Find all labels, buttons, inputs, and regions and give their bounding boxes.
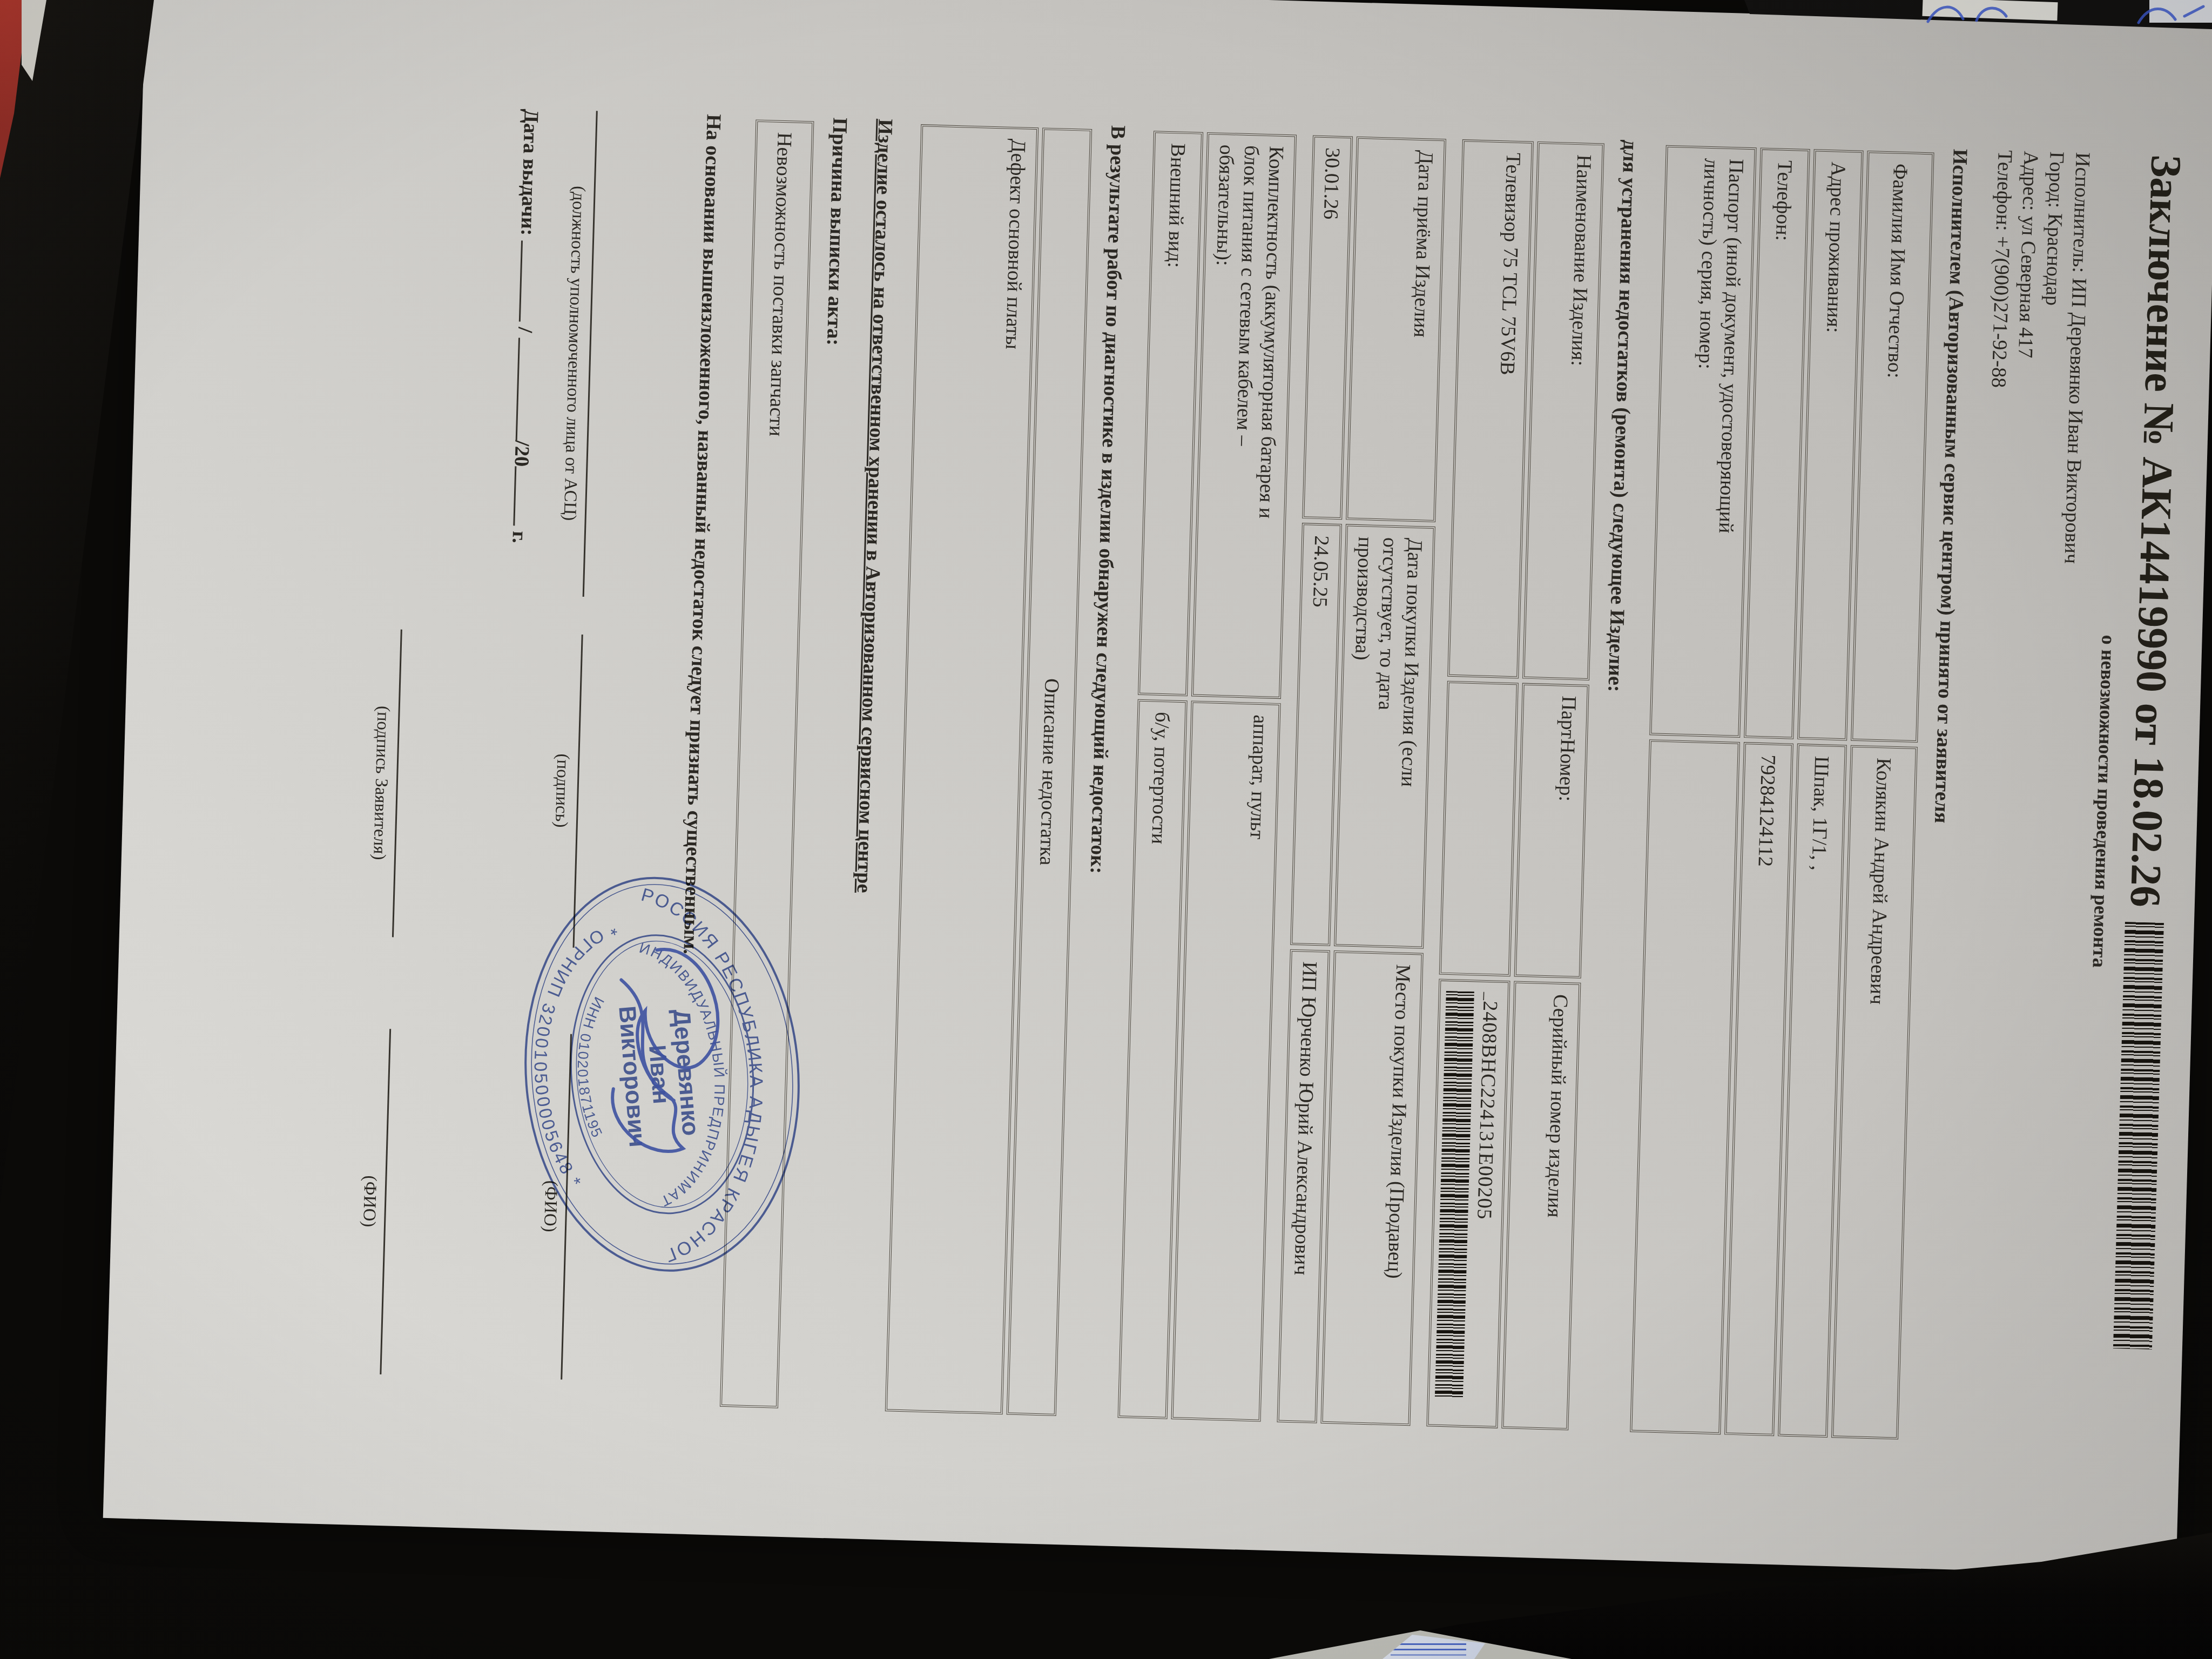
claimant-name-label: Фамилия Имя Отчество: [1851, 151, 1934, 743]
stamp: РОССИЯ РЕСПУБЛИКА АДЫГЕЯ КРАСНОГВАРДЕЙСК… [500, 859, 822, 1290]
date-year-prefix: /20 [510, 440, 533, 467]
date-suffix: г. [508, 531, 531, 544]
claimant-name-value: Колякин Андрей Андреевич [1831, 745, 1918, 1440]
document-paper: Заключение № АК14419990 от 18.02.26 о не… [103, 0, 2212, 1576]
claimant-passport-value [1630, 739, 1740, 1434]
product-part-header: ПартНомер: [1514, 683, 1589, 979]
claimant-signature-label: (подпись Заявителя) [366, 629, 397, 937]
date-blank [516, 338, 538, 441]
product-name-header: Наименование Изделия: [1522, 141, 1604, 680]
purchase-date-label: Дата покупки Изделия (если отсутствует, … [1334, 524, 1435, 949]
stamp-inner-bottom-textpath: ИНН 010201871195 [569, 993, 618, 1142]
product-serial-cell: _2408BHC224131E00205 [1426, 979, 1510, 1428]
paper-scrap [2149, 0, 2212, 23]
product-table: Наименование Изделия: ПартНомер: Серийны… [1422, 135, 1608, 1435]
date-blank [513, 467, 535, 527]
claimant-passport-label: Паспорт (иной документ, удостоверяющий л… [1649, 145, 1756, 738]
barcode-icon [2113, 922, 2164, 1350]
photo-scene: Заключение № АК14419990 от 18.02.26 о не… [0, 0, 2212, 1659]
barcode-guard: _ [1481, 992, 1499, 1001]
officer-position-label: (должность уполномоченного лица от АСЦ) [556, 110, 592, 597]
claimant-table: Фамилия Имя Отчество: Колякин Андрей Анд… [1626, 140, 1938, 1444]
performer-block: Исполнитель: ИП Деревянко Иван Викторови… [1956, 150, 2096, 1448]
barcode-icon [1435, 991, 1474, 1399]
purchase-place-label: Место покупки Изделия (Продавец) [1320, 950, 1423, 1426]
purchase-table: Дата приёма Изделия Дата покупки Изделия… [1273, 131, 1450, 1430]
product-part-value [1439, 680, 1519, 976]
signature-row-claimant: (подпись Заявителя) (ФИО) [344, 105, 444, 1402]
stamp-inner-bottom-text: ИНН 010201871195 [569, 993, 618, 1142]
purchase-date-value: 24.05.25 [1290, 523, 1342, 946]
stamp-icon: РОССИЯ РЕСПУБЛИКА АДЫГЕЯ КРАСНОГВАРДЕЙСК… [500, 859, 822, 1290]
product-name-value: Телевизор 75 TCL 75V6B [1447, 139, 1534, 678]
date-separator: / [514, 327, 536, 333]
receive-date-value: 30.01.26 [1302, 135, 1353, 520]
completeness-label: Комплектность (аккумуляторная батарея и … [1191, 132, 1297, 699]
issue-date-prefix: Дата выдачи: [516, 109, 543, 236]
receive-date-label: Дата приёма Изделия [1346, 137, 1446, 523]
completeness-value: аппарат, пульт [1171, 701, 1281, 1422]
date-blank [519, 241, 541, 322]
defect-table: Описание недостатка Дефект основной плат… [881, 120, 1096, 1420]
product-serial-header: Серийный номер изделия [1501, 981, 1581, 1431]
serial-number-text: 2408BHC224131E00205 [1473, 1001, 1501, 1220]
condition-table: Комплектность (аккумуляторная батарея и … [1114, 126, 1300, 1426]
